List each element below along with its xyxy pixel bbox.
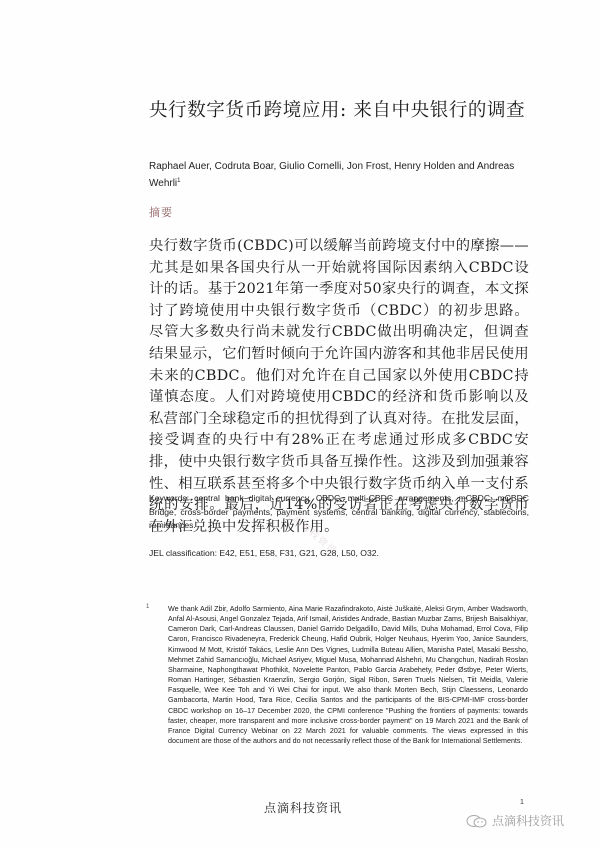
footnote-marker: 1 xyxy=(146,604,149,610)
keywords: Keywords: central bank digital currency,… xyxy=(149,492,529,533)
jel-classification: JEL classification: E42, E51, E58, F31, … xyxy=(149,547,529,560)
abstract-heading: 摘要 xyxy=(149,204,173,220)
wechat-watermark: 点滴科技资讯 xyxy=(466,812,564,829)
wechat-account-name: 点滴科技资讯 xyxy=(492,812,564,829)
paper-title: 央行数字货币跨境应用: 来自中央银行的调查 xyxy=(149,96,525,122)
document-page: 央行数字货币跨境应用: 来自中央银行的调查 Raphael Auer, Codr… xyxy=(0,0,600,849)
author-footnote-mark[interactable]: 1 xyxy=(177,178,180,184)
author-list: Raphael Auer, Codruta Boar, Giulio Corne… xyxy=(149,160,527,191)
footer-source-label: 点滴科技资讯 xyxy=(264,799,342,816)
page-number: 1 xyxy=(520,799,524,806)
authors-text: Raphael Auer, Codruta Boar, Giulio Corne… xyxy=(149,161,514,189)
wechat-icon xyxy=(466,814,488,828)
acknowledgements-footnote: We thank Adil Zbir, Adolfo Sarmiento, Ai… xyxy=(168,604,528,746)
